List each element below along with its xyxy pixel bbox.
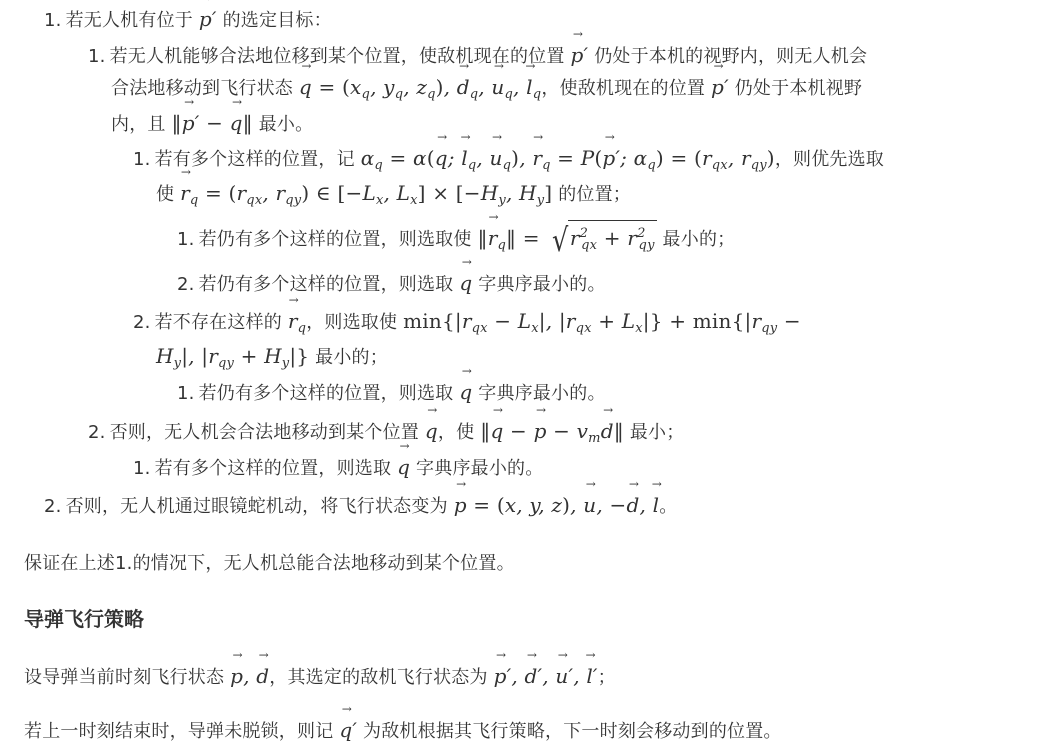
list-text: 的位置； [558, 184, 631, 205]
list-text: 字典序最小的。 [416, 458, 543, 479]
list-item-l2-1: 1.若无人机能够合法地位移到某个位置，使敌机现在的位置 p′ 仍处于本机的视野内… [88, 40, 867, 70]
list-text: 否则，无人机会合法地移动到某个位置 [110, 422, 419, 443]
list-item-l3-2: 2.若不存在这样的 rq，则选取使 min{|rqx − Lx|, |rqx +… [133, 306, 801, 336]
list-text: 的选定目标： [223, 10, 332, 31]
list-number: 1. [44, 10, 62, 31]
list-number: 1. [88, 46, 106, 67]
list-number: 1. [177, 229, 195, 250]
list-text: 若不存在这样的 [155, 312, 282, 333]
math-flight-state-q: q = (xq, yq, zq), dq, uq, lq [299, 75, 541, 99]
math-norm-p-q: ‖p′ − q‖ [172, 111, 253, 135]
math-alpha-r: αq = α(q; lq, uq), rq = P(p′; αq) = (rqx… [361, 146, 775, 170]
math-p-d: p, d [230, 664, 269, 688]
list-text: 否则，无人机通过眼镜蛇机动，将飞行状态变为 [66, 496, 448, 517]
math-min-expression-cont: Hy|, |rqy + Hy|} [156, 344, 309, 368]
list-text: 字典序最小的。 [478, 383, 605, 404]
list-item-l4-1: 1.若仍有多个这样的位置，则选取使 ‖rq‖ = √r2qx + r2qy 最小… [177, 220, 735, 250]
list-text: ，则优先选取 [775, 149, 884, 170]
list-item-l4-2: 2.若仍有多个这样的位置，则选取 q 字典序最小的。 [177, 268, 606, 298]
math-enemy-state: p′, d′, u′, l′ [494, 664, 598, 688]
math-q: q [425, 419, 438, 443]
paragraph-text: 为敌机根据其飞行策略，下一时刻会移动到的位置。 [363, 721, 782, 742]
list-text: 最小； [630, 422, 685, 443]
math-cobra-state: p = (x, y, z), u, −d, l [454, 493, 660, 517]
list-item-l3-1: 1.若有多个这样的位置，记 αq = α(q; lq, uq), rq = P(… [133, 143, 884, 173]
list-text: 。 [659, 496, 677, 517]
list-text: 仍处于本机视野 [735, 78, 862, 99]
list-text: 最小的； [315, 347, 388, 368]
list-text: ，使敌机现在的位置 [541, 78, 705, 99]
list-text: ，则选取使 [306, 312, 397, 333]
math-p-prime: p′ [199, 7, 217, 31]
list-text: 使 [156, 184, 174, 205]
list-number: 1. [133, 458, 151, 479]
list-text: 仍处于本机的视野内，则无人机会 [594, 46, 867, 67]
list-item-l3-1: 1.若有多个这样的位置，则选取 q 字典序最小的。 [133, 452, 543, 482]
list-item-l1-2: 2.否则，无人机通过眼镜蛇机动，将飞行状态变为 p = (x, y, z), u… [44, 490, 677, 520]
math-q: q [459, 271, 472, 295]
list-text: 若无人机有位于 [66, 10, 193, 31]
list-text: 若仍有多个这样的位置，则选取使 [199, 229, 472, 250]
document-page: 1.若无人机有位于 p′ 的选定目标： 1.若无人机能够合法地位移到某个位置，使… [0, 0, 1040, 749]
list-item-l1-1: 1.若无人机有位于 p′ 的选定目标： [44, 4, 332, 34]
list-item-continuation: 合法地移动到飞行状态 q = (xq, yq, zq), dq, uq, lq，… [111, 72, 862, 102]
list-text: 合法地移动到飞行状态 [111, 78, 293, 99]
list-text: ，使 [438, 422, 474, 443]
lock-paragraph: 若上一时刻结束时，导弹未脱锁，则记 q′ 为敌机根据其飞行策略，下一时刻会移动到… [24, 715, 782, 745]
section-heading: 导弹飞行策略 [24, 604, 144, 634]
list-number: 2. [133, 312, 151, 333]
math-q: q [397, 455, 410, 479]
list-text: 字典序最小的。 [478, 274, 605, 295]
math-p-prime: p′ [571, 43, 589, 67]
math-q: q [459, 380, 472, 404]
paragraph-text: ，其选定的敌机飞行状态为 [269, 667, 487, 688]
list-number: 2. [88, 422, 106, 443]
list-text: 最小。 [259, 114, 314, 135]
paragraph-text: 设导弹当前时刻飞行状态 [24, 667, 224, 688]
list-text: 最小的； [663, 229, 736, 250]
list-number: 2. [177, 274, 195, 295]
math-r-in-range: rq = (rqx, rqy) ∈ [−Lx, Lx] × [−Hy, Hy] [180, 181, 552, 205]
list-text: 若仍有多个这样的位置，则选取 [199, 274, 454, 295]
missile-state-paragraph: 设导弹当前时刻飞行状态 p, d，其选定的敌机飞行状态为 p′, d′, u′,… [24, 661, 616, 691]
list-item-continuation: 内，且 ‖p′ − q‖ 最小。 [111, 108, 313, 138]
list-text: 若仍有多个这样的位置，则选取 [199, 383, 454, 404]
math-q-prime: q′ [339, 718, 357, 742]
math-p-prime: p′ [711, 75, 729, 99]
paragraph-text: ； [598, 667, 616, 688]
math-r-q: rq [288, 309, 306, 333]
list-item-continuation: 使 rq = (rqx, rqy) ∈ [−Lx, Lx] × [−Hy, Hy… [156, 178, 631, 208]
paragraph-text: 若上一时刻结束时，导弹未脱锁，则记 [24, 721, 333, 742]
list-item-l2-2: 2.否则，无人机会合法地移动到某个位置 q，使 ‖q − p − vmd‖ 最小… [88, 416, 684, 446]
list-item-continuation: Hy|, |rqy + Hy|} 最小的； [156, 341, 388, 371]
list-number: 1. [177, 383, 195, 404]
list-number: 1. [133, 149, 151, 170]
list-number: 2. [44, 496, 62, 517]
list-text: 内，且 [111, 114, 166, 135]
guarantee-paragraph: 保证在上述1.的情况下，无人机总能合法地移动到某个位置。 [24, 549, 515, 579]
math-min-expression: min{|rqx − Lx|, |rqx + Lx|} + min{|rqy − [403, 309, 801, 333]
math-norm-r-sqrt: ‖rq‖ = √r2qx + r2qy [478, 226, 657, 250]
list-text: 若有多个这样的位置，则选取 [155, 458, 392, 479]
math-norm-q-p-vd: ‖q − p − vmd‖ [480, 419, 624, 443]
